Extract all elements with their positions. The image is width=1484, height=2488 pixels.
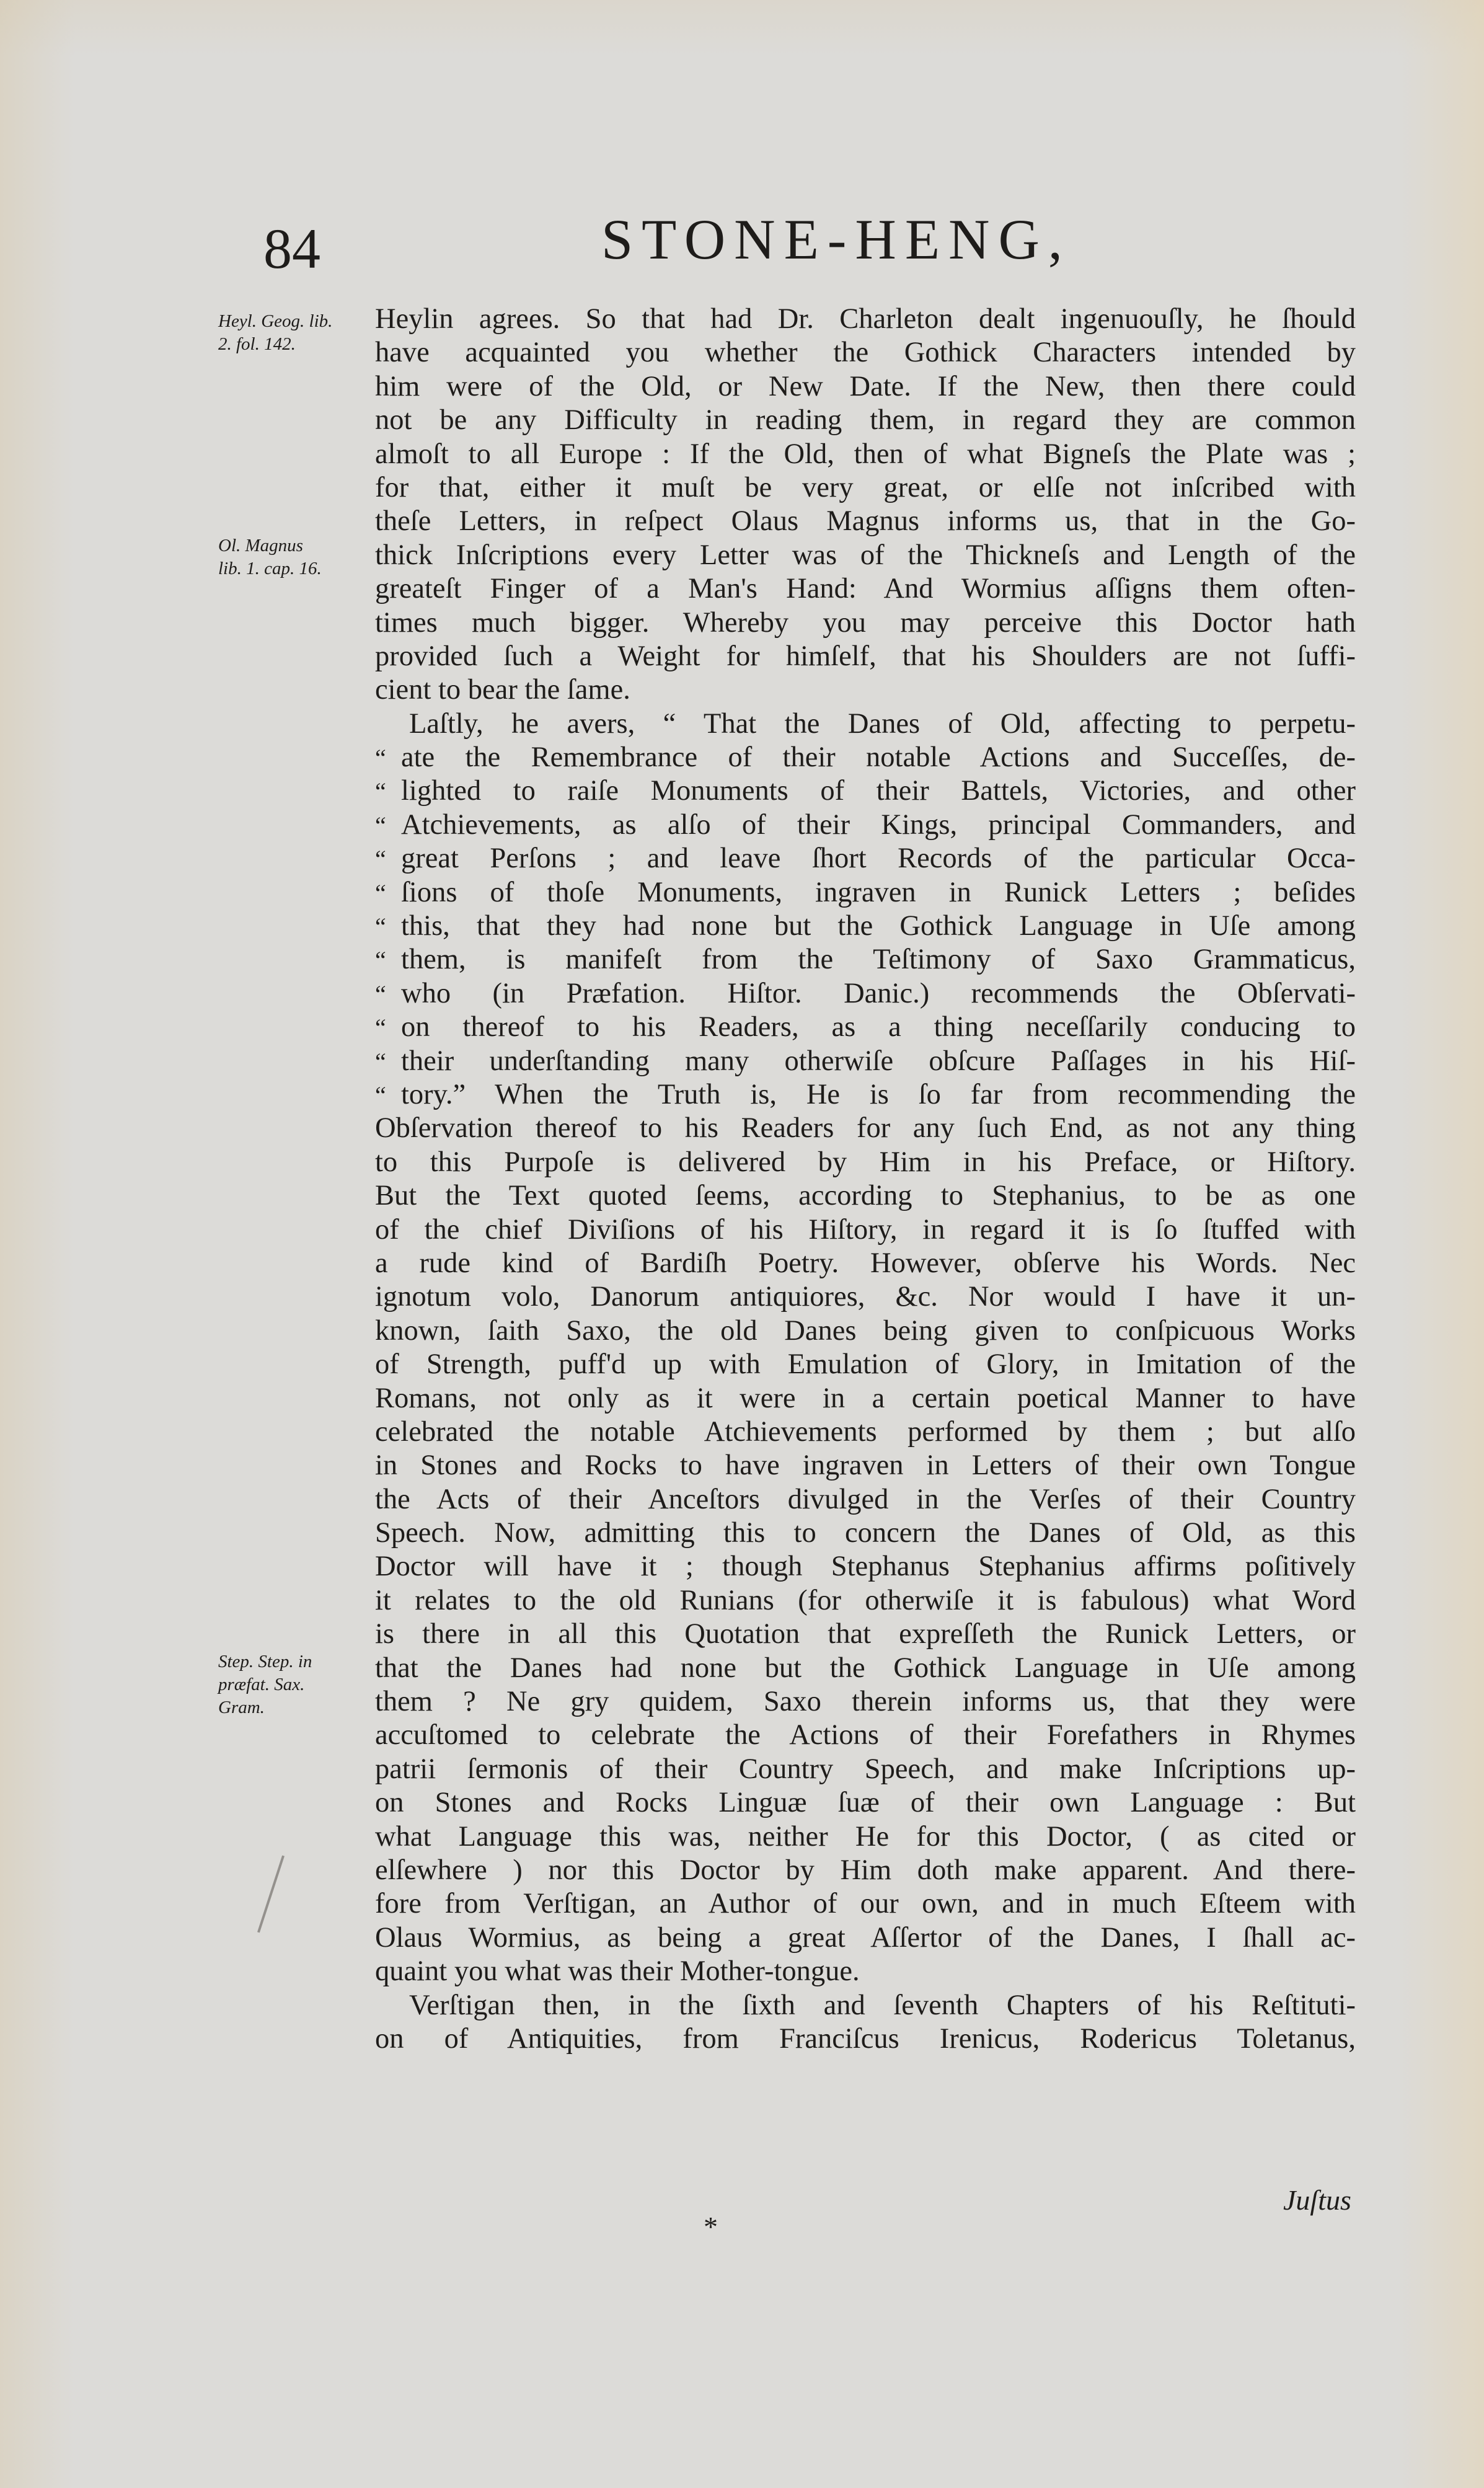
paragraph-start-line: Laſtly, he avers, “ That the Danes of Ol… — [375, 707, 1356, 741]
signature-mark: * — [704, 2210, 718, 2243]
catchword: Juſtus — [1283, 2184, 1351, 2216]
margin-note-line: Ol. Magnus — [218, 534, 367, 557]
text-line: not be any Difficulty in reading them, i… — [375, 404, 1356, 437]
quote-mark: “ — [375, 978, 401, 1011]
quote-mark: “ — [375, 944, 401, 977]
text-line: patrii ſermonis of their Country Speech,… — [375, 1753, 1356, 1786]
text-line: Doctor will have it ; though Stephanus S… — [375, 1550, 1356, 1583]
margin-note-line: lib. 1. cap. 16. — [218, 557, 367, 580]
text-line: a rude kind of Bardiſh Poetry. However, … — [375, 1247, 1356, 1280]
text-line: almoſt to all Europe : If the Old, then … — [375, 438, 1356, 471]
text-line: of Strength, puff'd up with Emulation of… — [375, 1348, 1356, 1381]
quote-mark: “ — [375, 742, 401, 775]
margin-note-line: Step. Step. in — [218, 1650, 367, 1673]
quote-mark: “ — [375, 775, 401, 808]
quote-mark: “ — [375, 1079, 401, 1112]
quoted-line: “their underſtanding many otherwiſe obſc… — [375, 1045, 1356, 1078]
quoted-line: “ate the Remembrance of their notable Ac… — [375, 741, 1356, 774]
text-line: what Language this was, neither He for t… — [375, 1820, 1356, 1854]
text-line: is there in all this Quotation that expr… — [375, 1618, 1356, 1651]
book-page: 84 STONE-HENG, Heyl. Geog. lib. 2. fol. … — [0, 0, 1484, 2488]
margin-note-olaus-magnus: Ol. Magnus lib. 1. cap. 16. — [218, 534, 367, 580]
text-line: elſewhere ) nor this Doctor by Him doth … — [375, 1854, 1356, 1887]
quoted-line: “lighted to raiſe Monuments of their Bat… — [375, 774, 1356, 808]
text-line: to this Purpoſe is delivered by Him in h… — [375, 1146, 1356, 1179]
paragraph-start-line: Verſtigan then, in the ſixth and ſeventh… — [375, 1989, 1356, 2022]
text-line: Obſervation thereof to his Readers for a… — [375, 1112, 1356, 1145]
page-number: 84 — [263, 220, 320, 277]
page-blemish — [257, 1856, 285, 1933]
margin-note-line: Heyl. Geog. lib. — [218, 310, 367, 333]
margin-note-line: 2. fol. 142. — [218, 333, 367, 356]
text-line: quaint you what was their Mother-tongue. — [375, 1955, 1356, 1988]
text-line: ignotum volo, Danorum antiquiores, &c. N… — [375, 1280, 1356, 1314]
text-line: celebrated the notable Atchievements per… — [375, 1415, 1356, 1449]
text-line: provided ſuch a Weight for himſelf, that… — [375, 640, 1356, 673]
margin-note-stephanius: Step. Step. in præfat. Sax. Gram. — [218, 1650, 367, 1719]
text-line: Olaus Wormius, as being a great Aſſertor… — [375, 1921, 1356, 1955]
quoted-line: “ſions of thoſe Monuments, ingraven in R… — [375, 876, 1356, 910]
quoted-line: “this, that they had none but the Gothic… — [375, 910, 1356, 943]
text-line: that the Danes had none but the Gothick … — [375, 1652, 1356, 1685]
text-line: times much bigger. Whereby you may perce… — [375, 606, 1356, 640]
margin-note-line: præfat. Sax. — [218, 1673, 367, 1696]
body-text: Heylin agrees. So that had Dr. Charleton… — [375, 303, 1356, 2056]
text-line: known, ſaith Saxo, the old Danes being g… — [375, 1314, 1356, 1348]
text-line: thick Inſcriptions every Letter was of t… — [375, 539, 1356, 572]
text-line: on of Antiquities, from Franciſcus Ireni… — [375, 2022, 1356, 2056]
text-line: theſe Letters, in reſpect Olaus Magnus i… — [375, 505, 1356, 538]
text-line: the Acts of their Anceſtors divulged in … — [375, 1483, 1356, 1516]
text-line: cient to bear the ſame. — [375, 673, 1356, 707]
text-line: Romans, not only as it were in a certain… — [375, 1382, 1356, 1415]
quote-mark: “ — [375, 1011, 401, 1045]
quoted-line: “on thereof to his Readers, as a thing n… — [375, 1011, 1356, 1044]
quoted-line: “great Perſons ; and leave ſhort Records… — [375, 842, 1356, 875]
text-line: it relates to the old Runians (for other… — [375, 1584, 1356, 1618]
quote-mark: “ — [375, 910, 401, 944]
text-line: accuſtomed to celebrate the Actions of t… — [375, 1719, 1356, 1752]
running-title: STONE-HENG, — [601, 211, 1147, 268]
text-line: But the Text quoted ſeems, according to … — [375, 1179, 1356, 1213]
quote-mark: “ — [375, 843, 401, 876]
quote-mark: “ — [375, 809, 401, 843]
margin-note-heylin: Heyl. Geog. lib. 2. fol. 142. — [218, 310, 367, 356]
quote-mark: “ — [375, 877, 401, 910]
text-line: fore from Verſtigan, an Author of our ow… — [375, 1887, 1356, 1921]
quoted-line: “tory.” When the Truth is, He is ſo far … — [375, 1078, 1356, 1112]
text-line: on Stones and Rocks Linguæ ſuæ of their … — [375, 1786, 1356, 1820]
quoted-line: “them, is manifeſt from the Teſtimony of… — [375, 943, 1356, 976]
text-line: of the chief Diviſions of his Hiſtory, i… — [375, 1213, 1356, 1247]
text-line: have acquainted you whether the Gothick … — [375, 336, 1356, 370]
text-line: Speech. Now, admitting this to concern t… — [375, 1516, 1356, 1550]
quoted-line: “who (in Præfation. Hiſtor. Danic.) reco… — [375, 977, 1356, 1011]
quoted-line: “Atchievements, as alſo of their Kings, … — [375, 808, 1356, 842]
text-line: him were of the Old, or New Date. If the… — [375, 370, 1356, 404]
text-line: in Stones and Rocks to have ingraven in … — [375, 1449, 1356, 1482]
quote-mark: “ — [375, 1045, 401, 1079]
text-line: for that, either it muſt be very great, … — [375, 471, 1356, 505]
margin-note-line: Gram. — [218, 1696, 367, 1719]
text-line: them ? Ne gry quidem, Saxo therein infor… — [375, 1685, 1356, 1719]
text-line: Heylin agrees. So that had Dr. Charleton… — [375, 303, 1356, 336]
text-line: greateſt Finger of a Man's Hand: And Wor… — [375, 572, 1356, 606]
